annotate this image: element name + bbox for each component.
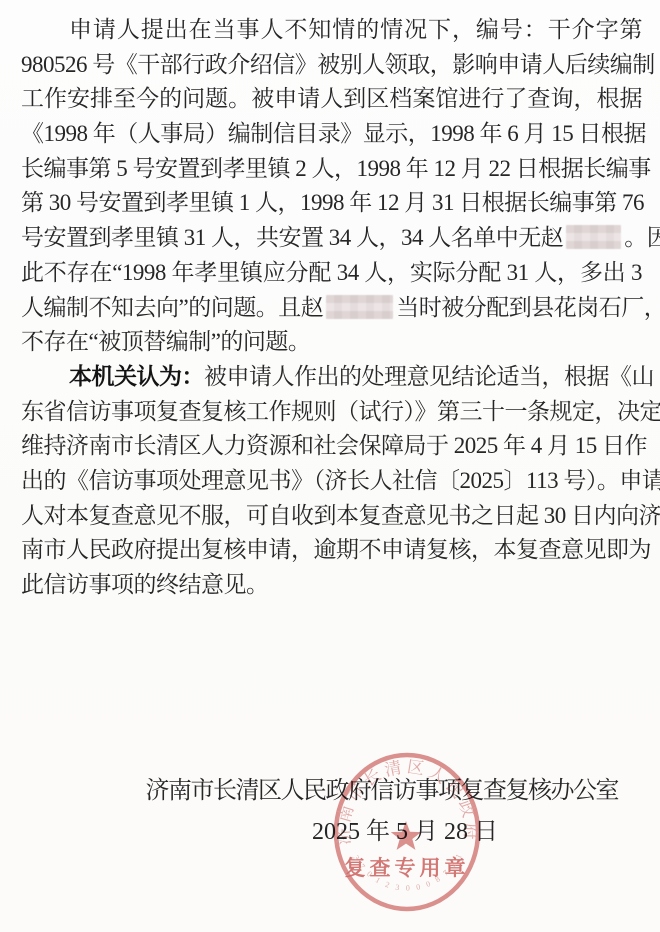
text-line: 号安置到孝里镇 31 人，共安置 34 人，34 人名单中无赵。因 <box>21 221 642 256</box>
text-line: 人编制不知去向”的问题。且赵当时被分配到县花岗石厂， <box>21 291 642 326</box>
official-seal: 济南市长清区人民政府 复查专用章 3701230008721 <box>331 751 483 915</box>
text-line: 《1998 年（人事局）编制信目录》显示，1998 年 6 月 15 日根据 <box>21 117 642 152</box>
text-line: 本机关认为：被申请人作出的处理意见结论适当，根据《山 <box>21 360 642 395</box>
text-line: 不存在“被顶替编制”的问题。 <box>21 325 642 360</box>
redacted-name <box>326 295 393 319</box>
text-line: 长编事第 5 号安置到孝里镇 2 人，1998 年 12 月 22 日根据长编事 <box>21 152 642 187</box>
text-segment: 。因 <box>624 225 660 250</box>
text-line: 第 30 号安置到孝里镇 1 人，1998 年 12 月 31 日根据长编事第 … <box>21 186 642 221</box>
seal-star-icon <box>391 821 421 850</box>
text-line: 东省信访事项复查复核工作规则（试行）》第三十一条规定，决定 <box>21 395 642 430</box>
text-line: 南市人民政府提出复核申请，逾期不申请复核，本复查意见即为 <box>21 533 642 568</box>
text-line: 此不存在“1998 年孝里镇应分配 34 人，实际分配 31 人，多出 3 <box>21 256 642 291</box>
body-text: 申请人提出在当事人不知情的情况下，编号：干介字第 980526 号《干部行政介绍… <box>21 13 642 603</box>
text-line: 此信访事项的终结意见。 <box>21 568 642 603</box>
text-line: 维持济南市长清区人力资源和社会保障局于 2025 年 4 月 15 日作 <box>21 429 642 464</box>
text-segment: 号安置到孝里镇 31 人，共安置 34 人，34 人名单中无赵 <box>21 225 563 250</box>
text-line: 申请人提出在当事人不知情的情况下，编号：干介字第 <box>21 13 642 48</box>
redacted-name <box>566 225 621 249</box>
text-segment: 被申请人作出的处理意见结论适当，根据《山 <box>204 364 654 389</box>
text-segment: 当时被分配到县花岗石厂， <box>396 295 660 320</box>
document-page: 申请人提出在当事人不知情的情况下，编号：干介字第 980526 号《干部行政介绍… <box>0 0 660 932</box>
key-phrase: 本机关认为： <box>69 364 204 389</box>
signature-office: 济南市长清区人民政府信访事项复查复核办公室 <box>0 770 618 805</box>
text-line: 出的《信访事项处理意见书》（济长人社信〔2025〕113 号）。申请 <box>21 464 642 499</box>
text-line: 人对本复查意见不服，可自收到本复查意见书之日起 30 日内向济 <box>21 499 642 534</box>
text-segment: 人编制不知去向”的问题。且赵 <box>21 295 323 320</box>
text-line: 工作安排至今的问题。被申请人到区档案馆进行了查询，根据 <box>21 82 642 117</box>
text-line: 980526 号《干部行政介绍信》被别人领取，影响申请人后续编制 <box>21 48 642 83</box>
